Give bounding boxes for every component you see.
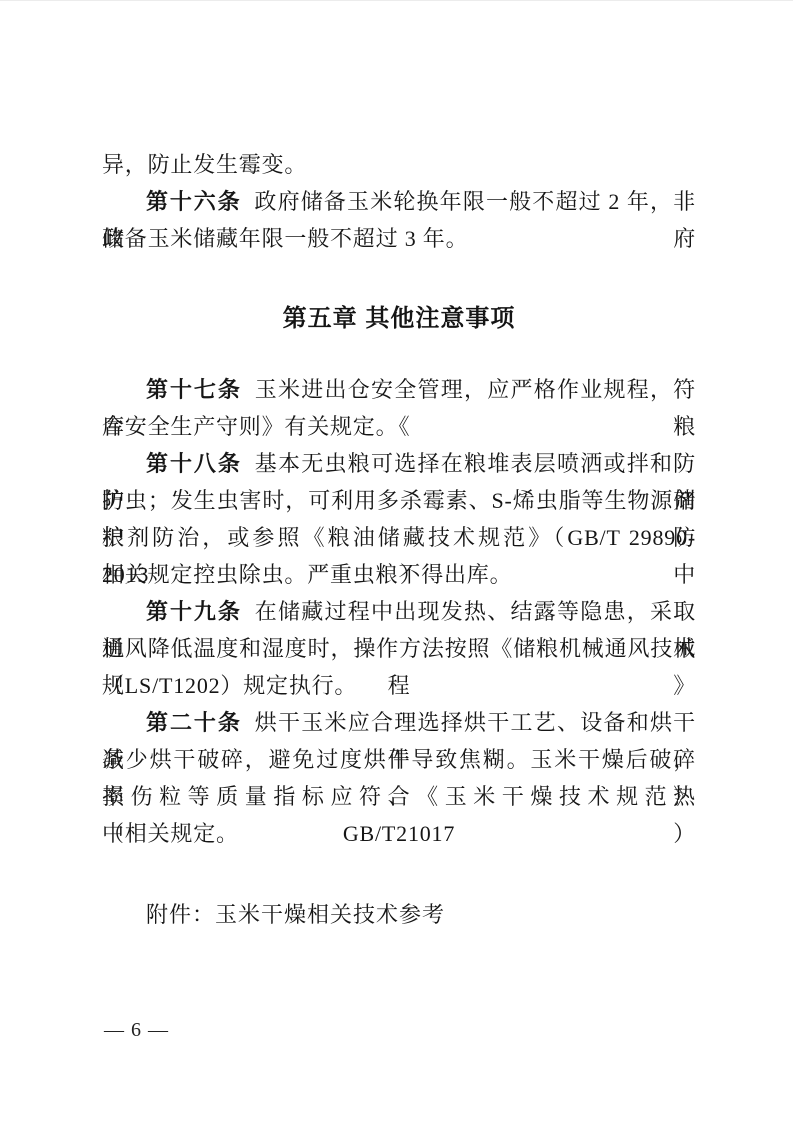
article-number: 第二十条 <box>146 710 242 735</box>
text-line: 第十六条政府储备玉米轮换年限一般不超过 2 年，非政府 <box>102 183 696 220</box>
text-line: 减少烘干破碎，避免过度烘干导致焦糊。玉米干燥后破碎率、热 <box>102 741 696 778</box>
page-number: — 6 — <box>104 1019 169 1042</box>
text-line: 通风降低温度和湿度时，操作方法按照《储粮机械通风技术规程》 <box>102 630 696 667</box>
text-line: 第十八条基本无虫粮可选择在粮堆表层喷洒或拌和防护剂 <box>102 445 696 482</box>
text-line: 防虫；发生虫害时，可利用多杀霉素、S-烯虫脂等生物源储粮防 <box>102 482 696 519</box>
document-page: 异，防止发生霉变。第十六条政府储备玉米轮换年限一般不超过 2 年，非政府储备玉米… <box>0 0 793 1122</box>
article-number: 第十九条 <box>146 599 242 624</box>
document-body: 异，防止发生霉变。第十六条政府储备玉米轮换年限一般不超过 2 年，非政府储备玉米… <box>102 146 696 933</box>
text-line: 损伤粒等质量指标应符合《玉米干燥技术规范》（GB/T21017） <box>102 778 696 815</box>
article-18: 第十八条基本无虫粮可选择在粮堆表层喷洒或拌和防护剂防虫；发生虫害时，可利用多杀霉… <box>102 445 696 593</box>
article-paragraphs: 第十七条玉米进出仓安全管理，应严格作业规程，符合《粮库安全生产守则》有关规定。第… <box>102 371 696 852</box>
text-line: 第二十条烘干玉米应合理选择烘干工艺、设备和烘干条件， <box>102 704 696 741</box>
article-number: 第十八条 <box>146 451 242 476</box>
article-19: 第十九条在储藏过程中出现发热、结露等隐患，采取机械通风降低温度和湿度时，操作方法… <box>102 593 696 704</box>
article-20: 第二十条烘干玉米应合理选择烘干工艺、设备和烘干条件，减少烘干破碎，避免过度烘干导… <box>102 704 696 852</box>
text-line: 第十七条玉米进出仓安全管理，应严格作业规程，符合《粮 <box>102 371 696 408</box>
article-17: 第十七条玉米进出仓安全管理，应严格作业规程，符合《粮库安全生产守则》有关规定。 <box>102 371 696 445</box>
para-continued-from-previous-page: 异，防止发生霉变。 <box>102 146 696 183</box>
chapter-heading: 第五章 其他注意事项 <box>102 299 696 339</box>
article-number: 第十六条 <box>146 189 241 214</box>
article-number: 第十七条 <box>146 377 242 402</box>
attachment-line: 附件：玉米干燥相关技术参考 <box>102 896 696 933</box>
article-16: 第十六条政府储备玉米轮换年限一般不超过 2 年，非政府储备玉米储藏年限一般不超过… <box>102 183 696 257</box>
text-line: 护剂防治，或参照《粮油储藏技术规范》（GB/T 29890-2013）中 <box>102 519 696 556</box>
intro-paragraphs: 异，防止发生霉变。第十六条政府储备玉米轮换年限一般不超过 2 年，非政府储备玉米… <box>102 146 696 257</box>
text-line: 第十九条在储藏过程中出现发热、结露等隐患，采取机械 <box>102 593 696 630</box>
text-line: 异，防止发生霉变。 <box>102 146 696 183</box>
